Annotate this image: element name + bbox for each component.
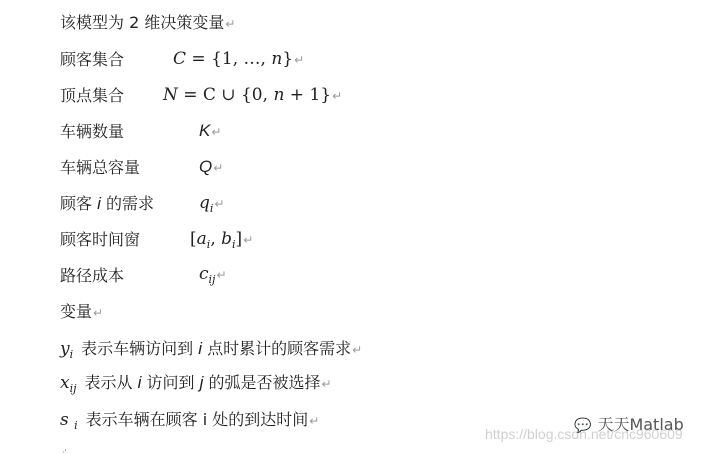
param-label: 车辆数量 <box>60 120 124 144</box>
param-vertex-set: 顶点集合 <box>60 84 124 108</box>
param-label: 顾客时间窗 <box>60 228 140 252</box>
variable-x: xij表示从 i 访问到 j 的弧是否被选择↵ <box>60 371 332 395</box>
param-path-cost-math: cij↵ <box>199 264 227 286</box>
intro-line: 该模型为 2 维决策变量↵ <box>60 11 235 35</box>
param-vehicle-count: 车辆数量 <box>60 120 124 144</box>
variable-symbol: s i <box>60 410 78 430</box>
param-label: 顶点集合 <box>60 84 124 108</box>
watermark-url: https://blog.csdn.net/cnc960609 <box>485 426 683 442</box>
param-customer-set: 顾客集合 <box>60 48 124 72</box>
return-mark-icon: ↵ <box>243 233 253 247</box>
param-time-window: 顾客时间窗 <box>60 228 140 252</box>
variable-symbol: xij <box>60 373 77 393</box>
param-label: 路径成本 <box>60 264 124 288</box>
param-customer-demand: 顾客 i 的需求 <box>60 192 154 216</box>
param-label: 车辆总容量 <box>60 156 140 180</box>
variable-s: s i表示车辆在顾客 i 处的到达时间↵ <box>60 408 319 432</box>
return-mark-icon: ↵ <box>309 414 319 428</box>
param-time-window-math: [ai, bi]↵ <box>190 229 253 251</box>
trailing-paragraph-mark: ·ˈ <box>62 448 67 454</box>
variable-symbol: yi <box>60 339 73 359</box>
variable-y: yi表示车辆访问到 i 点时累计的顾客需求↵ <box>60 337 362 361</box>
param-customer-set-math: C = {1, …, n}↵ <box>173 49 304 69</box>
param-vehicle-count-math: K↵ <box>199 121 221 141</box>
param-path-cost: 路径成本 <box>60 264 124 288</box>
param-customer-demand-math: qi↵ <box>199 193 224 215</box>
return-mark-icon: ↵ <box>321 377 331 391</box>
param-vehicle-capacity: 车辆总容量 <box>60 156 140 180</box>
param-vertex-set-math: N = C ∪ {0, n + 1}↵ <box>163 85 342 105</box>
return-mark-icon: ↵ <box>332 89 342 103</box>
return-mark-icon: ↵ <box>93 306 103 320</box>
return-mark-icon: ↵ <box>211 125 221 139</box>
variables-heading: 变量↵ <box>60 300 103 324</box>
return-mark-icon: ↵ <box>225 17 235 31</box>
return-mark-icon: ↵ <box>213 161 223 175</box>
return-mark-icon: ↵ <box>352 343 362 357</box>
param-label: 顾客集合 <box>60 48 124 72</box>
return-mark-icon: ↵ <box>214 197 224 211</box>
return-mark-icon: ↵ <box>294 53 304 67</box>
param-vehicle-capacity-math: Q↵ <box>199 157 223 177</box>
return-mark-icon: ↵ <box>216 268 226 282</box>
intro-text: 该模型为 2 维决策变量 <box>60 13 224 32</box>
